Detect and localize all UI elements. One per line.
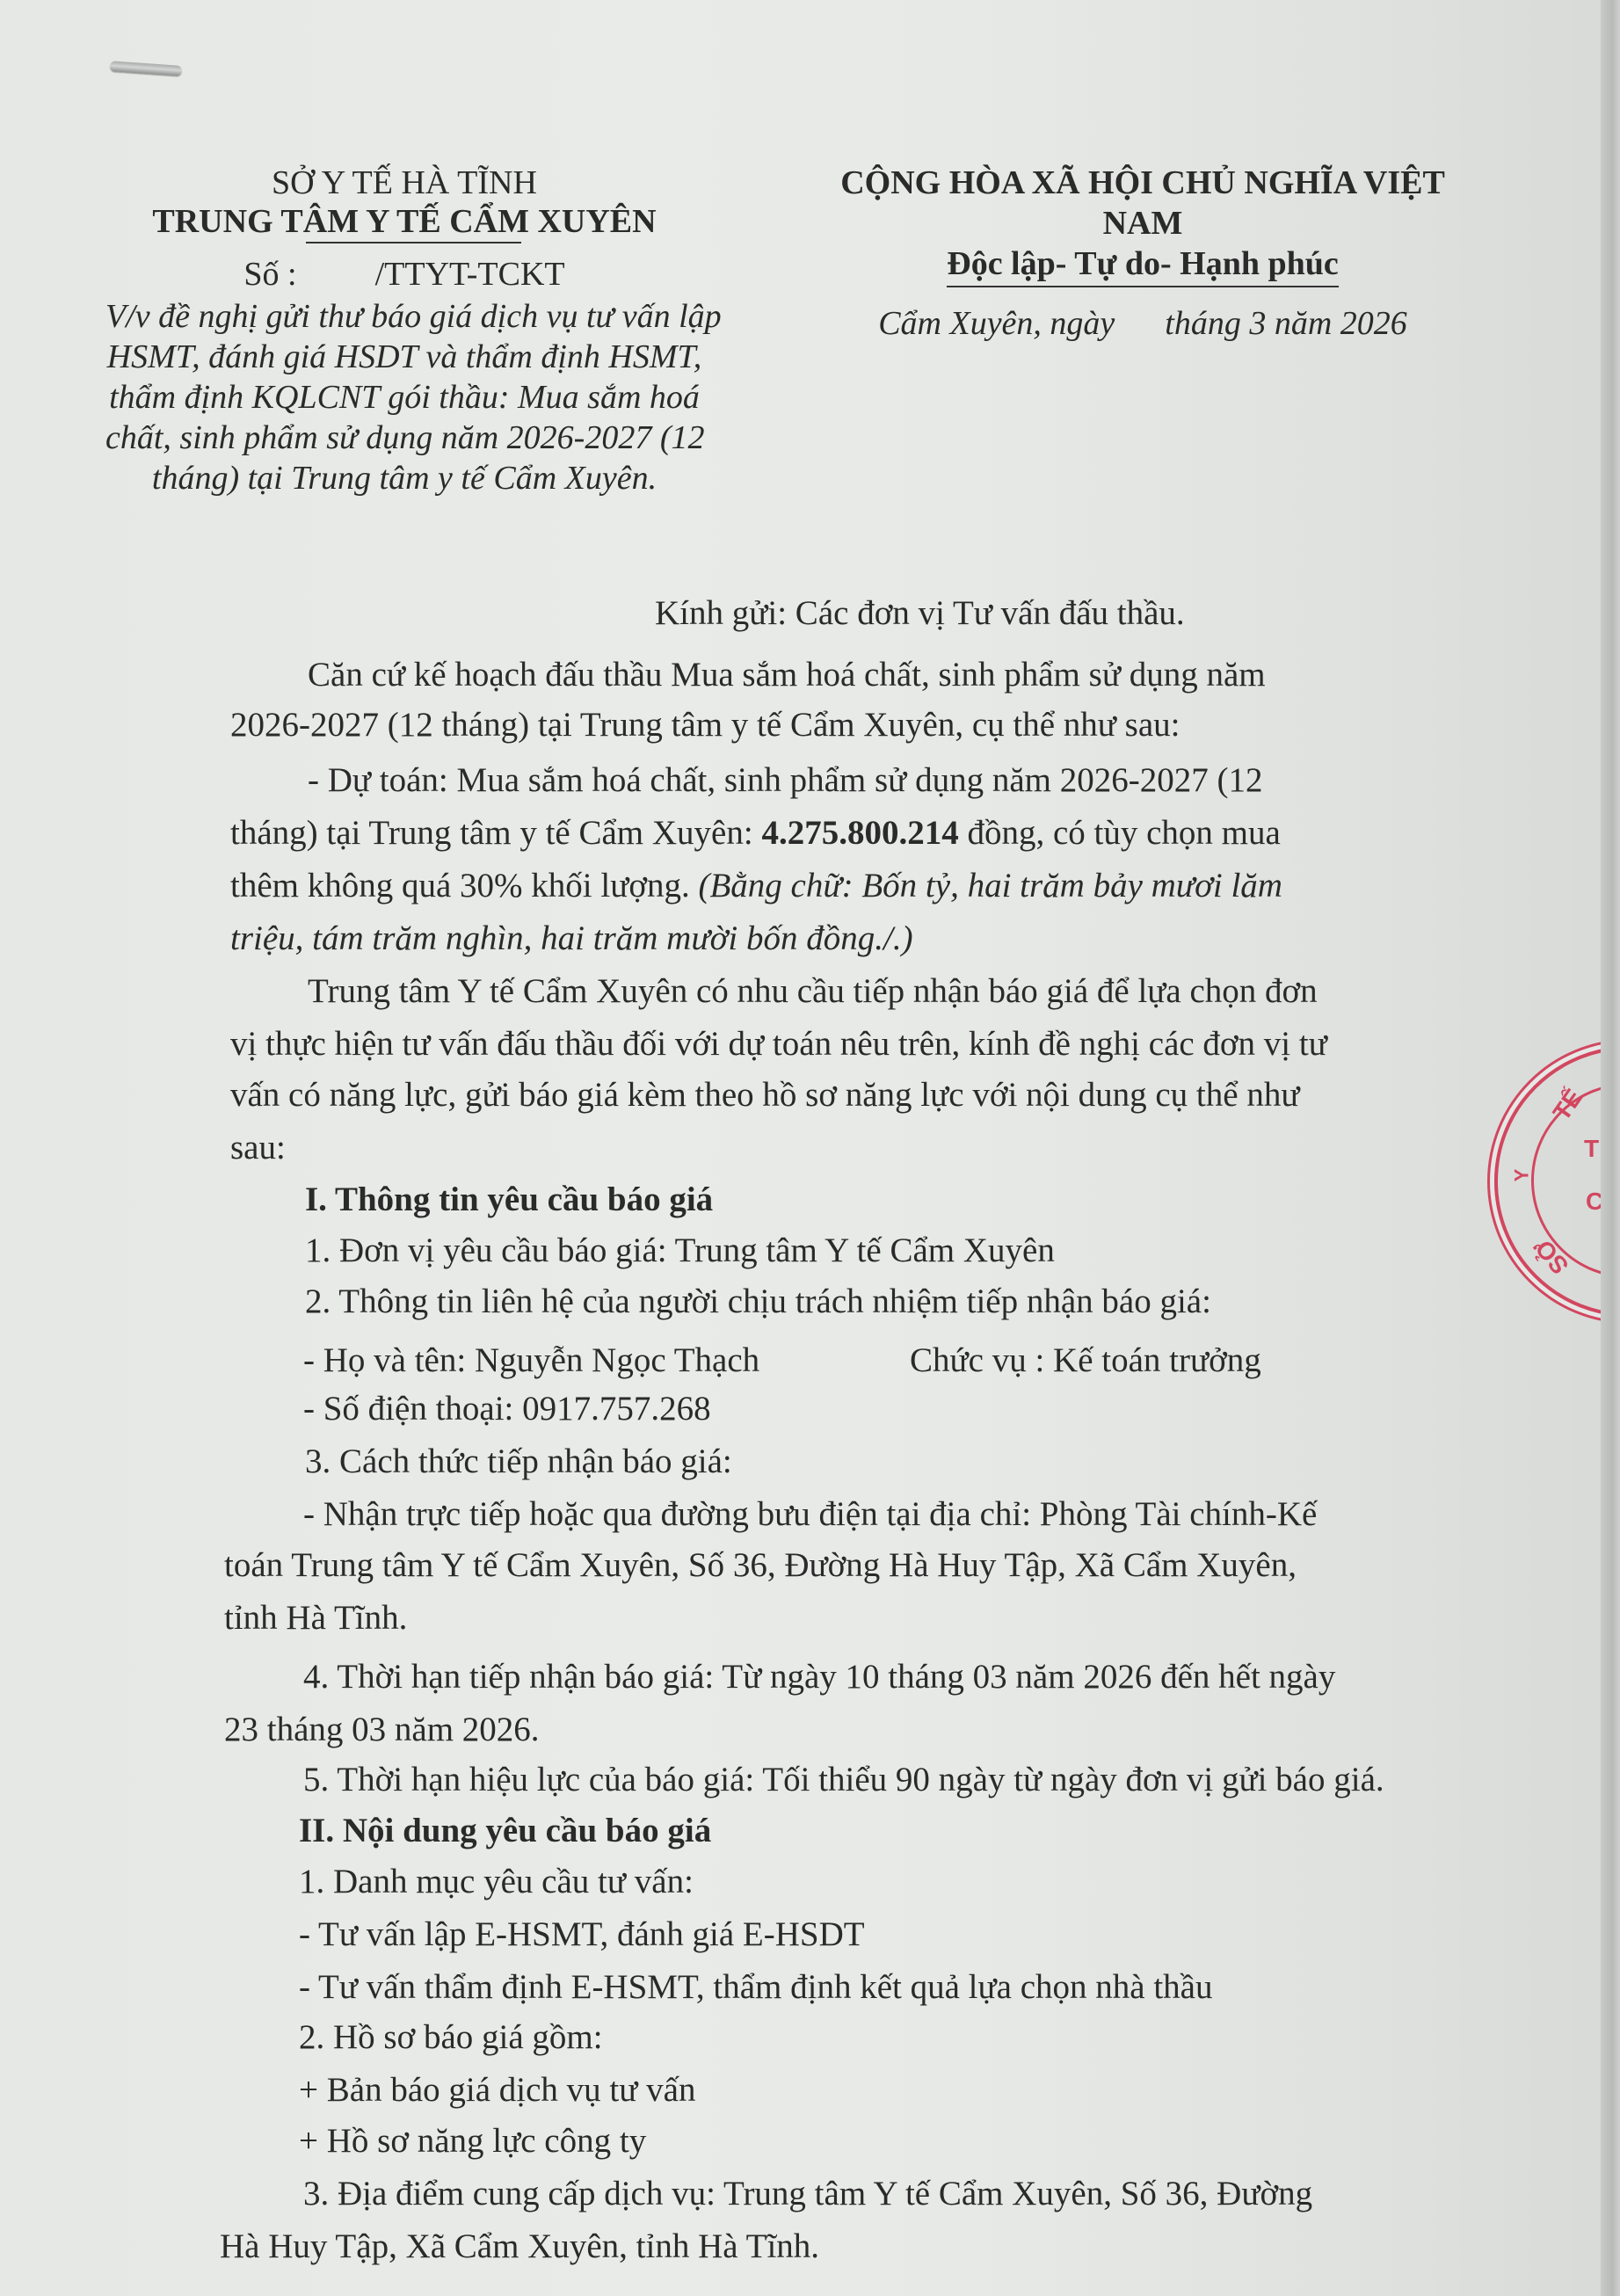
dossier-item: + Hồ sơ năng lực công ty: [299, 2121, 646, 2162]
staple-mark: [110, 61, 183, 76]
request-line: vị thực hiện tư vấn đấu thầu đối với dự …: [230, 1024, 1327, 1064]
organization-name: TRUNG TÂM Y TẾ CẨM XUYÊN: [105, 201, 703, 242]
intro-line: Căn cứ kế hoạch đấu thầu Mua sắm hoá chấ…: [308, 655, 1266, 695]
estimate-text: đồng, có tùy chọn mua: [959, 814, 1281, 852]
contact-position: Chức vụ : Kế toán trưởng: [910, 1341, 1261, 1381]
organization-underline: [306, 242, 521, 243]
subject-line: HSMT, đánh giá HSDT và thẩm định HSMT,: [105, 337, 703, 377]
subject-line: tháng) tại Trung tâm y tế Cẩm Xuyên.: [105, 458, 703, 498]
intro-line: 2026-2027 (12 tháng) tại Trung tâm y tế …: [230, 705, 1180, 745]
amount-in-words: (Bằng chữ: Bốn tỷ, hai trăm bảy mươi lăm: [698, 867, 1282, 905]
receive-method-line: tỉnh Hà Tĩnh.: [224, 1598, 407, 1638]
page-edge-overlay: [1601, 0, 1620, 2296]
request-line: Trung tâm Y tế Cẩm Xuyên có nhu cầu tiếp…: [308, 971, 1318, 1012]
section-2-item-3-cont: Hà Huy Tập, Xã Cẩm Xuyên, tỉnh Hà Tĩnh.: [220, 2227, 819, 2267]
doc-number-suffix: /TTYT-TCKT: [375, 256, 565, 293]
contact-phone: - Số điện thoại: 0917.757.268: [303, 1389, 711, 1429]
salutation: Kính gửi: Các đơn vị Tư vấn đấu thầu.: [655, 593, 1185, 634]
section-2-title: II. Nội dung yêu cầu báo giá: [299, 1811, 711, 1851]
section-1-item-5: 5. Thời hạn hiệu lực của báo giá: Tối th…: [303, 1760, 1384, 1800]
estimate-amount-line: tháng) tại Trung tâm y tế Cẩm Xuyên: 4.2…: [230, 813, 1281, 854]
consulting-item: - Tư vấn lập E-HSMT, đánh giá E-HSDT: [299, 1915, 865, 1955]
nation-name: CỘNG HÒA XÃ HỘI CHỦ NGHĨA VIỆT: [817, 163, 1468, 203]
section-1-item-1: 1. Đơn vị yêu cầu báo giá: Trung tâm Y t…: [305, 1231, 1055, 1271]
section-2-item-2: 2. Hồ sơ báo giá gồm:: [299, 2017, 603, 2058]
document-subject: V/v đề nghị gửi thư báo giá dịch vụ tư v…: [105, 296, 703, 498]
national-header: CỘNG HÒA XÃ HỘI CHỦ NGHĨA VIỆT NAM Độc l…: [817, 163, 1468, 344]
estimate-words-line: thêm không quá 30% khối lượng. (Bằng chữ…: [230, 866, 1282, 906]
section-2-item-1: 1. Danh mục yêu cầu tư vấn:: [299, 1862, 694, 1902]
section-1-item-2: 2. Thông tin liên hệ của người chịu trác…: [305, 1282, 1211, 1322]
motto: Độc lập- Tự do- Hạnh phúc: [817, 243, 1468, 284]
issuer-header: SỞ Y TẾ HÀ TĨNH TRUNG TÂM Y TẾ CẨM XUYÊN…: [105, 163, 703, 498]
receive-method-line: - Nhận trực tiếp hoặc qua đường bưu điện…: [303, 1494, 1317, 1535]
subject-line: thẩm định KQLCNT gói thầu: Mua sắm hoá: [105, 377, 703, 418]
estimate-text: tháng) tại Trung tâm y tế Cẩm Xuyên:: [230, 814, 761, 852]
estimate-text: thêm không quá 30% khối lượng.: [230, 867, 698, 905]
section-1-item-4: 4. Thời hạn tiếp nhận báo giá: Từ ngày 1…: [303, 1657, 1335, 1697]
receive-method-line: toán Trung tâm Y tế Cẩm Xuyên, Số 36, Đư…: [224, 1545, 1297, 1586]
section-2-item-3: 3. Địa điểm cung cấp dịch vụ: Trung tâm …: [303, 2174, 1312, 2214]
organization-text: TRUNG TÂM Y TẾ CẨM XUYÊN: [152, 203, 656, 240]
subject-line: chất, sinh phẩm sử dụng năm 2026-2027 (1…: [105, 418, 703, 458]
amount-in-words-cont: triệu, tám trăm nghìn, hai trăm mười bốn…: [230, 919, 913, 959]
request-line: vấn có năng lực, gửi báo giá kèm theo hồ…: [230, 1075, 1299, 1115]
dossier-item: + Bản báo giá dịch vụ tư vấn: [299, 2070, 695, 2111]
section-1-title: I. Thông tin yêu cầu báo giá: [305, 1180, 713, 1220]
seal-arc-text: Y: [1508, 1169, 1535, 1182]
doc-number-label: Số :: [243, 256, 296, 293]
request-line: sau:: [230, 1128, 286, 1168]
place-date: Cẩm Xuyên, ngày tháng 3 năm 2026: [817, 303, 1468, 344]
estimate-amount: 4.275.800.214: [761, 814, 958, 852]
section-1-item-3: 3. Cách thức tiếp nhận báo giá:: [305, 1442, 732, 1482]
consulting-item: - Tư vấn thẩm định E-HSMT, thẩm định kết…: [299, 1967, 1212, 2008]
subject-line: V/v đề nghị gửi thư báo giá dịch vụ tư v…: [105, 296, 703, 337]
motto-text: Độc lập- Tự do- Hạnh phúc: [947, 245, 1339, 287]
contact-name: - Họ và tên: Nguyễn Ngọc Thạch: [303, 1341, 759, 1381]
department-name: SỞ Y TẾ HÀ TĨNH: [105, 163, 703, 203]
document-number: Số : /TTYT-TCKT: [105, 254, 703, 294]
nation-name-cont: NAM: [817, 203, 1468, 243]
estimate-line: - Dự toán: Mua sắm hoá chất, sinh phẩm s…: [308, 760, 1262, 801]
section-1-item-4-cont: 23 tháng 03 năm 2026.: [224, 1710, 540, 1750]
